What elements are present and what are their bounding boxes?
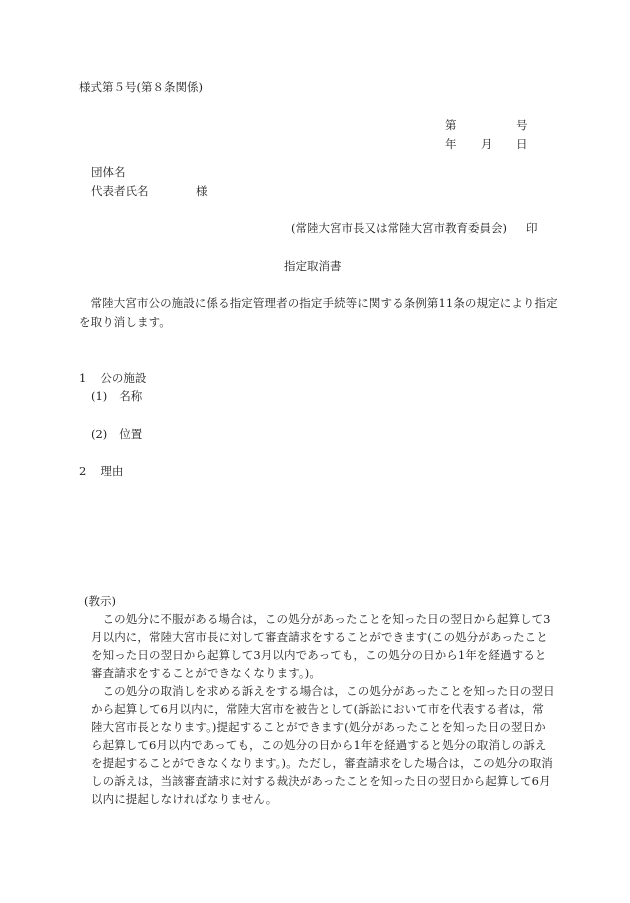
- date-month-label: 月: [481, 135, 493, 154]
- section-1-item-2-number: (2): [91, 427, 107, 441]
- section-2: 2理由: [79, 462, 123, 481]
- recipient-org-label: 団体名: [91, 163, 126, 182]
- section-2-number: 2: [79, 464, 86, 478]
- issuer-name: (常陸大宮市長又は常陸大宮市教育委員会): [291, 219, 507, 238]
- section-1: 1公の施設: [79, 369, 146, 388]
- section-1-item-1-number: (1): [91, 389, 107, 403]
- recipient-honorific: 様: [196, 182, 208, 201]
- section-1-label: 公の施設: [100, 371, 146, 385]
- document-title: 指定取消書: [284, 257, 342, 276]
- issuer-seal: 印: [526, 219, 538, 238]
- section-1-number: 1: [79, 371, 86, 385]
- document-number-suffix: 号: [516, 116, 528, 135]
- date-day-label: 日: [516, 135, 528, 154]
- notice-paragraph-2: この処分の取消しを求める訴えをする場合は，この処分があったことを知った日の翌日か…: [91, 682, 555, 808]
- document-number-prefix: 第: [445, 116, 457, 135]
- section-1-item-2: (2)位置: [91, 425, 142, 444]
- document-body: 常陸大宮市公の施設に係る指定管理者の指定手続等に関する条例第11条の規定により指…: [79, 294, 560, 332]
- section-1-item-2-label: 位置: [119, 427, 142, 441]
- section-2-label: 理由: [100, 464, 123, 478]
- form-label: 様式第５号(第８条関係): [79, 78, 203, 97]
- section-1-item-1-label: 名称: [119, 389, 142, 403]
- section-1-item-1: (1)名称: [91, 387, 142, 406]
- recipient-rep-label: 代表者氏名: [91, 182, 149, 201]
- notice-heading: (教示): [84, 592, 116, 611]
- date-year-label: 年: [445, 135, 457, 154]
- notice-paragraph-1: この処分に不服がある場合は，この処分があったことを知った日の翌日から起算して3月…: [91, 610, 555, 682]
